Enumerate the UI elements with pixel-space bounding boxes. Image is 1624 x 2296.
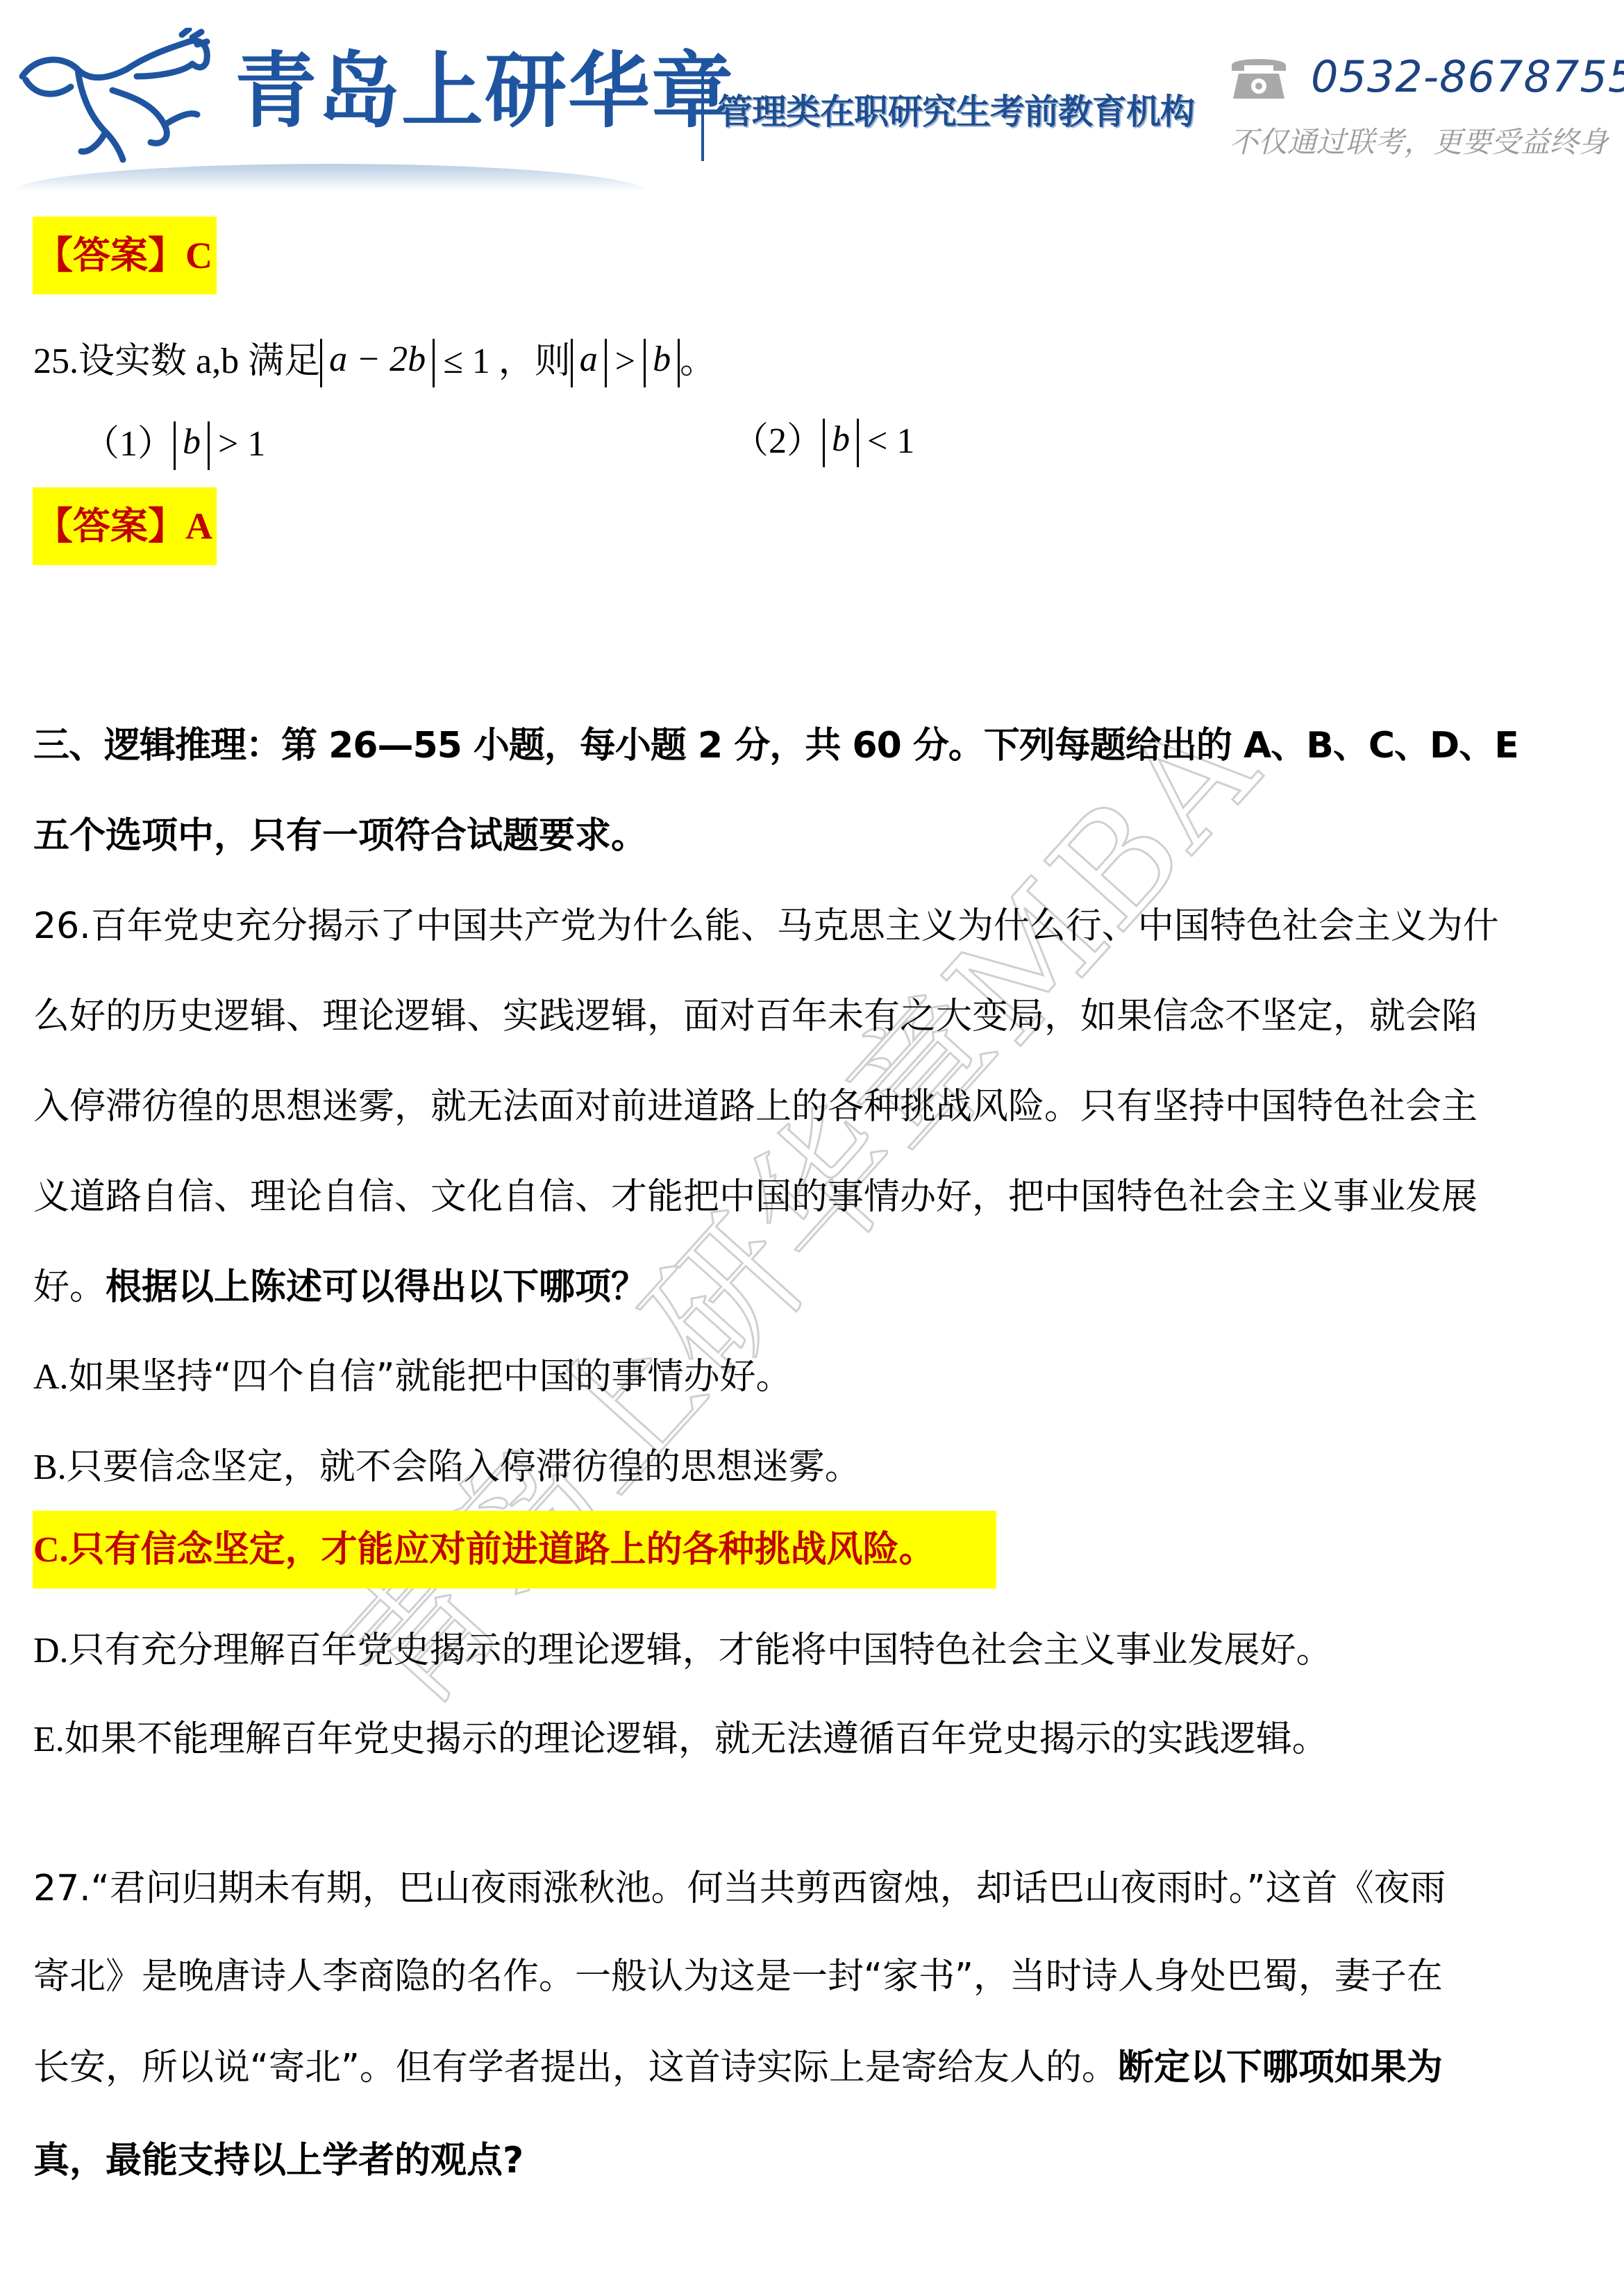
option-label: （2）: [733, 421, 823, 461]
q25-opt1-var: b: [183, 422, 201, 462]
q25-condition-abs: a − 2b: [320, 339, 435, 387]
q25-mid: ，则: [499, 340, 571, 382]
page-header: 青岛上研华章 管理类在职研究生考前教育机构 0532-86787558 不仅通过…: [0, 0, 1624, 201]
q25-condition-op: ≤ 1: [435, 342, 499, 381]
q27-stem-line-3: 长安，所以说“寄北”。但有学者提出，这首诗实际上是寄给友人的。断定以下哪项如果为: [33, 2047, 1443, 2088]
q25-stem: 25.设实数 a,b 满足a − 2b≤ 1，则a>b。: [33, 337, 716, 387]
q25-condition-expr: a − 2b: [329, 340, 426, 379]
option-text: 只要信念坚定，就不会陷入停滞彷徨的思想迷雾。: [67, 1446, 861, 1488]
q25-opt1-abs: b: [174, 421, 210, 470]
option-text: 只有信念坚定，才能应对前进道路上的各种挑战风险。: [69, 1529, 935, 1570]
option-text: 只有充分理解百年党史揭示的理论逻辑，才能将中国特色社会主义事业发展好。: [69, 1629, 1332, 1671]
horse-logo-icon: [15, 28, 224, 167]
q26-stem-line-2: 么好的历史逻辑、理论逻辑、实践逻辑，面对百年未有之大变局，如果信念不坚定，就会陷: [33, 996, 1477, 1037]
q25-abs-b: b: [644, 339, 680, 387]
q25-end: 。: [680, 340, 716, 382]
option-key: E.: [33, 1720, 65, 1759]
q25-var-a: a: [580, 340, 598, 379]
brand-name: 青岛上研华章: [235, 50, 735, 132]
option-key: B.: [33, 1448, 67, 1487]
q26-option-A: A.如果坚持“四个自信”就能把中国的事情办好。: [33, 1356, 792, 1398]
q25-opt2-rel: < 1: [859, 421, 923, 461]
option-label: （1）: [83, 424, 174, 464]
q26-stem-line-5: 好。根据以上陈述可以得出以下哪项？: [33, 1266, 647, 1308]
q26-stem-line-1: 26.百年党史充分揭示了中国共产党为什么能、马克思主义为什么行、中国特色社会主义…: [33, 905, 1499, 947]
option-key: A.: [33, 1357, 69, 1397]
q25-abs-a: a: [571, 339, 607, 387]
answer-label: 【答案】: [35, 237, 185, 274]
q25-prefix: 25.设实数 a,b 满足: [33, 342, 320, 381]
brand-subtitle: 管理类在职研究生考前教育机构: [718, 94, 1194, 129]
option-key: D.: [33, 1631, 69, 1670]
header-divider: [701, 58, 704, 161]
q26-question: 根据以上陈述可以得出以下哪项？: [106, 1266, 647, 1308]
answer-letter: A: [185, 508, 212, 545]
option-key: C.: [33, 1530, 69, 1570]
q27-question: 真，最能支持以上学者的观点?: [33, 2140, 524, 2181]
answer-label: 【答案】: [35, 508, 185, 545]
telephone-icon: [1229, 53, 1289, 100]
logo-swoosh: [14, 164, 646, 192]
section-heading-line-1: 三、逻辑推理：第 26—55 小题，每小题 2 分，共 60 分。下列每题给出的…: [33, 725, 1518, 766]
q26-option-D: D.只有充分理解百年党史揭示的理论逻辑，才能将中国特色社会主义事业发展好。: [33, 1629, 1332, 1672]
answer-badge-q25: 【答案】 A: [33, 487, 217, 565]
option-text: 如果坚持“四个自信”就能把中国的事情办好。: [69, 1356, 792, 1398]
q25-opt2-var: b: [832, 419, 850, 459]
q26-stem-tail: 好。: [33, 1266, 106, 1308]
q26-option-B: B.只要信念坚定，就不会陷入停滞彷徨的思想迷雾。: [33, 1446, 861, 1489]
q27-stem-line-2: 寄北》是晚唐诗人李商隐的名作。一般认为这是一封“家书”，当时诗人身处巴蜀，妻子在: [33, 1956, 1443, 1997]
q25-option-1: （1）b> 1: [83, 419, 274, 470]
answer-badge-q24: 【答案】 C: [33, 217, 217, 294]
answer-letter: C: [185, 237, 212, 274]
q27-stem-text: 长安，所以说“寄北”。但有学者提出，这首诗实际上是寄给友人的。: [33, 2047, 1118, 2088]
option-text: 如果不能理解百年党史揭示的理论逻辑，就无法遵循百年党史揭示的实践逻辑。: [65, 1718, 1328, 1760]
q27-question-start: 断定以下哪项如果为: [1118, 2047, 1443, 2088]
q25-option-2: （2）b< 1: [733, 417, 923, 467]
q25-opt2-abs: b: [823, 419, 859, 467]
q25-concl-op: >: [607, 342, 644, 381]
slogan: 不仅通过联考，更要受益终身: [1229, 128, 1608, 157]
q26-option-C: C.只有信念坚定，才能应对前进道路上的各种挑战风险。: [33, 1529, 935, 1571]
phone-number: 0532-86787558: [1311, 56, 1624, 99]
q26-stem-line-3: 入停滞彷徨的思想迷雾，就无法面对前进道路上的各种挑战风险。只有坚持中国特色社会主: [33, 1086, 1477, 1128]
section-heading-line-2: 五个选项中，只有一项符合试题要求。: [33, 815, 647, 857]
q27-stem-line-1: 27.“君问归期未有期，巴山夜雨涨秋池。何当共剪西窗烛，却话巴山夜雨时。”这首《…: [33, 1868, 1446, 1909]
q25-var-b: b: [653, 340, 671, 379]
q26-stem-line-4: 义道路自信、理论自信、文化自信、才能把中国的事情办好，把中国特色社会主义事业发展: [33, 1176, 1477, 1218]
q25-opt1-rel: > 1: [210, 424, 274, 464]
q26-option-E: E.如果不能理解百年党史揭示的理论逻辑，就无法遵循百年党史揭示的实践逻辑。: [33, 1718, 1328, 1761]
